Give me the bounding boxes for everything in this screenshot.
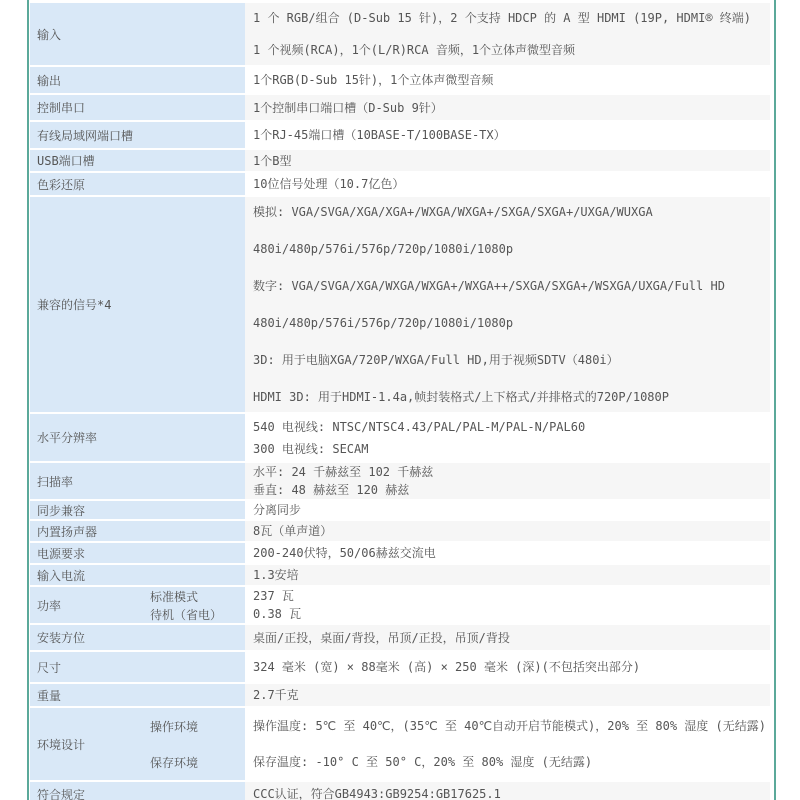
spec-value-line: 300 电视线: SECAM [253, 440, 770, 458]
spec-value-line: CCC认证，符合GB4943:GB9254:GB17625.1 [253, 785, 770, 800]
spec-value-cell: 10位信号处理（10.7亿色） [245, 173, 770, 195]
spec-value-line: 3D: 用于电脑XGA/720P/WXGA/Full HD,用于视频SDTV（4… [253, 351, 770, 369]
spec-value-line: 垂直: 48 赫兹至 120 赫兹 [253, 481, 770, 499]
spec-value-cell: 1个控制串口端口槽（D-Sub 9针） [245, 95, 770, 120]
spec-value-line: 2.7千克 [253, 686, 770, 704]
sub-rows: 标准模式 237 瓦 待机（省电） 0.38 瓦 [150, 587, 770, 623]
spec-value-line: 8瓦（单声道） [253, 522, 770, 540]
spec-value-line: 1个控制串口端口槽（D-Sub 9针） [253, 99, 770, 117]
spec-value-line: HDMI 3D: 用于HDMI-1.4a,帧封装格式/上下格式/并排格式的720… [253, 388, 770, 406]
spec-label: 内置扬声器 [30, 521, 245, 541]
spec-value-cell: 200-240伏特，50/06赫兹交流电 [245, 543, 770, 563]
spec-label: 有线局域网端口槽 [30, 122, 245, 148]
spec-value-cell: 模拟: VGA/SVGA/XGA/XGA+/WXGA/WXGA+/SXGA/SX… [245, 197, 770, 412]
sub-rows: 操作环境 操作温度: 5℃ 至 40℃，(35℃ 至 40℃自动开启节能模式)，… [150, 708, 770, 780]
spec-value-line: 540 电视线: NTSC/NTSC4.43/PAL/PAL-M/PAL-N/P… [253, 418, 770, 436]
table-row-hres: 水平分辨率 540 电视线: NTSC/NTSC4.43/PAL/PAL-M/P… [30, 414, 770, 461]
table-row-compliance: 符合规定 CCC认证，符合GB4943:GB9254:GB17625.1 [30, 782, 770, 800]
spec-value-line: 200-240伏特，50/06赫兹交流电 [253, 544, 770, 562]
spec-value-cell: 237 瓦 [245, 587, 770, 605]
spec-label: 重量 [30, 684, 245, 706]
sub-row: 标准模式 237 瓦 [150, 587, 770, 605]
spec-value-cell: CCC认证，符合GB4943:GB9254:GB17625.1 [245, 782, 770, 800]
spec-table: 输入 1 个 RGB/组合 (D-Sub 15 针)，2 个支持 HDCP 的 … [30, 3, 770, 800]
spec-sub-label: 保存环境 [150, 744, 245, 780]
table-row-weight: 重量 2.7千克 [30, 684, 770, 706]
sub-row: 待机（省电） 0.38 瓦 [150, 605, 770, 623]
spec-label: 环境设计 [30, 708, 150, 780]
spec-value-line: 1 个视频(RCA)，1个(L/R)RCA 音频，1个立体声微型音频 [253, 41, 770, 59]
table-row-speaker: 内置扬声器 8瓦（单声道） [30, 521, 770, 541]
spec-sub-label: 标准模式 [150, 587, 245, 605]
spec-value-cell: 水平: 24 千赫兹至 102 千赫兹 垂直: 48 赫兹至 120 赫兹 [245, 463, 770, 499]
table-row-dimensions: 尺寸 324 毫米 (宽) × 88毫米 (高) × 250 毫米 (深)(不包… [30, 652, 770, 682]
spec-value-line: 10位信号处理（10.7亿色） [253, 175, 770, 193]
spec-value-line: 1个B型 [253, 152, 770, 170]
spec-value-cell: 1 个 RGB/组合 (D-Sub 15 针)，2 个支持 HDCP 的 A 型… [245, 3, 770, 65]
table-row-mounting: 安装方位 桌面/正投，桌面/背投，吊顶/正投，吊顶/背投 [30, 625, 770, 650]
table-row-usb: USB端口槽 1个B型 [30, 150, 770, 171]
spec-label: 控制串口 [30, 95, 245, 120]
spec-value-line: 480i/480p/576i/576p/720p/1080i/1080p [253, 240, 770, 258]
spec-label: USB端口槽 [30, 150, 245, 171]
table-row-scanrate: 扫描率 水平: 24 千赫兹至 102 千赫兹 垂直: 48 赫兹至 120 赫… [30, 463, 770, 499]
spec-value-cell: 桌面/正投，桌面/背投，吊顶/正投，吊顶/背投 [245, 625, 770, 650]
spec-value-line: 324 毫米 (宽) × 88毫米 (高) × 250 毫米 (深)(不包括突出… [253, 658, 770, 676]
table-row-environment: 环境设计 操作环境 操作温度: 5℃ 至 40℃，(35℃ 至 40℃自动开启节… [30, 708, 770, 780]
spec-label: 同步兼容 [30, 501, 245, 519]
spec-value-line: 237 瓦 [253, 587, 770, 605]
spec-label: 安装方位 [30, 625, 245, 650]
spec-label: 尺寸 [30, 652, 245, 682]
spec-value-line: 水平: 24 千赫兹至 102 千赫兹 [253, 463, 770, 481]
spec-label: 功率 [30, 587, 150, 623]
spec-value-line: 模拟: VGA/SVGA/XGA/XGA+/WXGA/WXGA+/SXGA/SX… [253, 203, 770, 221]
spec-value-line: 1.3安培 [253, 566, 770, 584]
spec-label: 输入 [30, 3, 245, 65]
spec-value-cell: 324 毫米 (宽) × 88毫米 (高) × 250 毫米 (深)(不包括突出… [245, 652, 770, 682]
spec-value-line: 数字: VGA/SVGA/XGA/WXGA/WXGA+/WXGA++/SXGA/… [253, 277, 770, 295]
table-row-output: 输出 1个RGB(D-Sub 15针)，1个立体声微型音频 [30, 67, 770, 93]
spec-value-cell: 1.3安培 [245, 565, 770, 585]
spec-label: 电源要求 [30, 543, 245, 563]
spec-value-cell: 保存温度: -10° C 至 50° C，20% 至 80% 湿度 (无结露) [245, 744, 770, 780]
spec-value-cell: 2.7千克 [245, 684, 770, 706]
left-border-line [27, 0, 29, 800]
right-border-line [774, 0, 776, 800]
spec-label: 输出 [30, 67, 245, 93]
spec-value-cell: 分离同步 [245, 501, 770, 519]
spec-sub-label: 待机（省电） [150, 605, 245, 623]
table-row-serial: 控制串口 1个控制串口端口槽（D-Sub 9针） [30, 95, 770, 120]
table-row-power-req: 电源要求 200-240伏特，50/06赫兹交流电 [30, 543, 770, 563]
spec-value-cell: 1个RJ-45端口槽（10BASE-T/100BASE-TX） [245, 122, 770, 148]
sub-row: 保存环境 保存温度: -10° C 至 50° C，20% 至 80% 湿度 (… [150, 744, 770, 780]
spec-label: 兼容的信号*4 [30, 197, 245, 412]
spec-value-line: 1个RJ-45端口槽（10BASE-T/100BASE-TX） [253, 126, 770, 144]
spec-value-line: 1 个 RGB/组合 (D-Sub 15 针)，2 个支持 HDCP 的 A 型… [253, 9, 770, 27]
spec-value-cell: 8瓦（单声道） [245, 521, 770, 541]
table-row-lan: 有线局域网端口槽 1个RJ-45端口槽（10BASE-T/100BASE-TX） [30, 122, 770, 148]
spec-label: 输入电流 [30, 565, 245, 585]
spec-value-line: 分离同步 [253, 501, 770, 519]
table-row-input-current: 输入电流 1.3安培 [30, 565, 770, 585]
spec-value-line: 保存温度: -10° C 至 50° C，20% 至 80% 湿度 (无结露) [253, 753, 770, 771]
spec-value-line: 操作温度: 5℃ 至 40℃，(35℃ 至 40℃自动开启节能模式)，20% 至… [253, 717, 770, 735]
spec-value-cell: 0.38 瓦 [245, 605, 770, 623]
table-row-signals: 兼容的信号*4 模拟: VGA/SVGA/XGA/XGA+/WXGA/WXGA+… [30, 197, 770, 412]
spec-sub-label: 操作环境 [150, 708, 245, 744]
table-row-input: 输入 1 个 RGB/组合 (D-Sub 15 针)，2 个支持 HDCP 的 … [30, 3, 770, 65]
spec-value-line: 1个RGB(D-Sub 15针)，1个立体声微型音频 [253, 71, 770, 89]
spec-value-cell: 操作温度: 5℃ 至 40℃，(35℃ 至 40℃自动开启节能模式)，20% 至… [245, 708, 770, 744]
spec-label: 色彩还原 [30, 173, 245, 195]
spec-label: 水平分辨率 [30, 414, 245, 461]
table-row-sync: 同步兼容 分离同步 [30, 501, 770, 519]
table-row-color: 色彩还原 10位信号处理（10.7亿色） [30, 173, 770, 195]
spec-value-line: 480i/480p/576i/576p/720p/1080i/1080p [253, 314, 770, 332]
spec-value-line: 桌面/正投，桌面/背投，吊顶/正投，吊顶/背投 [253, 629, 770, 647]
spec-label: 符合规定 [30, 782, 245, 800]
spec-value-cell: 1个RGB(D-Sub 15针)，1个立体声微型音频 [245, 67, 770, 93]
table-row-wattage: 功率 标准模式 237 瓦 待机（省电） 0.38 瓦 [30, 587, 770, 623]
spec-value-cell: 540 电视线: NTSC/NTSC4.43/PAL/PAL-M/PAL-N/P… [245, 414, 770, 461]
spec-label: 扫描率 [30, 463, 245, 499]
spec-value-line: 0.38 瓦 [253, 605, 770, 623]
sub-row: 操作环境 操作温度: 5℃ 至 40℃，(35℃ 至 40℃自动开启节能模式)，… [150, 708, 770, 744]
spec-value-cell: 1个B型 [245, 150, 770, 171]
